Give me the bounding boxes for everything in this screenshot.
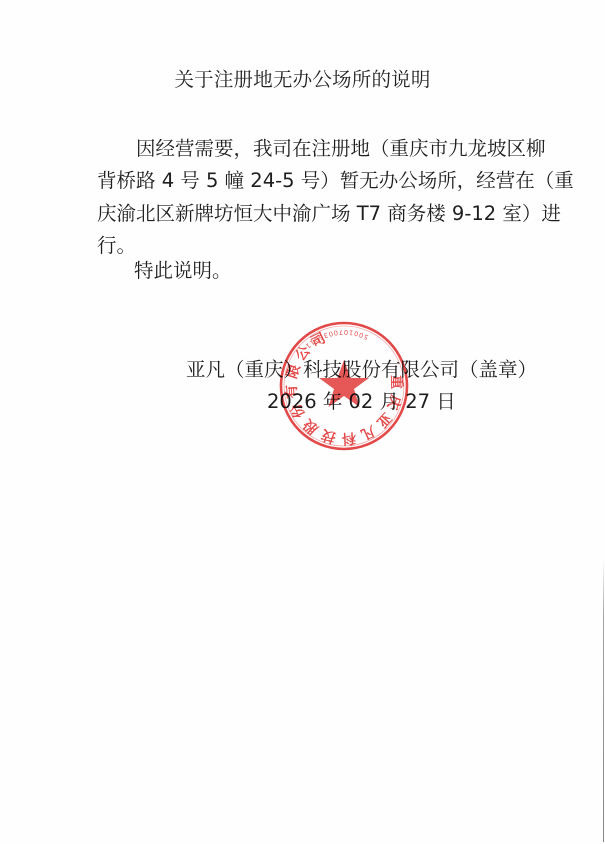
- document-page: 关于注册地无办公场所的说明 因经营需要，我司在注册地（重庆市九龙坡区柳 背桥路 …: [0, 0, 605, 844]
- page-edge-shadow: [603, 560, 604, 842]
- closing-statement: 特此说明。: [134, 259, 232, 283]
- body-paragraph: 因经营需要，我司在注册地（重庆市九龙坡区柳 背桥路 4 号 5 幢 24-5 号…: [97, 133, 527, 262]
- body-line-4: 行。: [97, 230, 527, 262]
- body-line-2: 背桥路 4 号 5 幢 24-5 号）暂无办公场所，经营在（重: [97, 165, 527, 197]
- seal-star-icon: [319, 360, 369, 407]
- seal-code-text: 5001070035011: [303, 320, 372, 372]
- document-title: 关于注册地无办公场所的说明: [0, 68, 605, 92]
- body-line-3: 庆渝北区新牌坊恒大中渝广场 T7 商务楼 9-12 室）进: [97, 198, 527, 230]
- body-line-1: 因经营需要，我司在注册地（重庆市九龙坡区柳: [97, 133, 527, 165]
- company-seal-stamp: 重庆亚凡科技股份有限公司 5001070035011: [278, 320, 410, 452]
